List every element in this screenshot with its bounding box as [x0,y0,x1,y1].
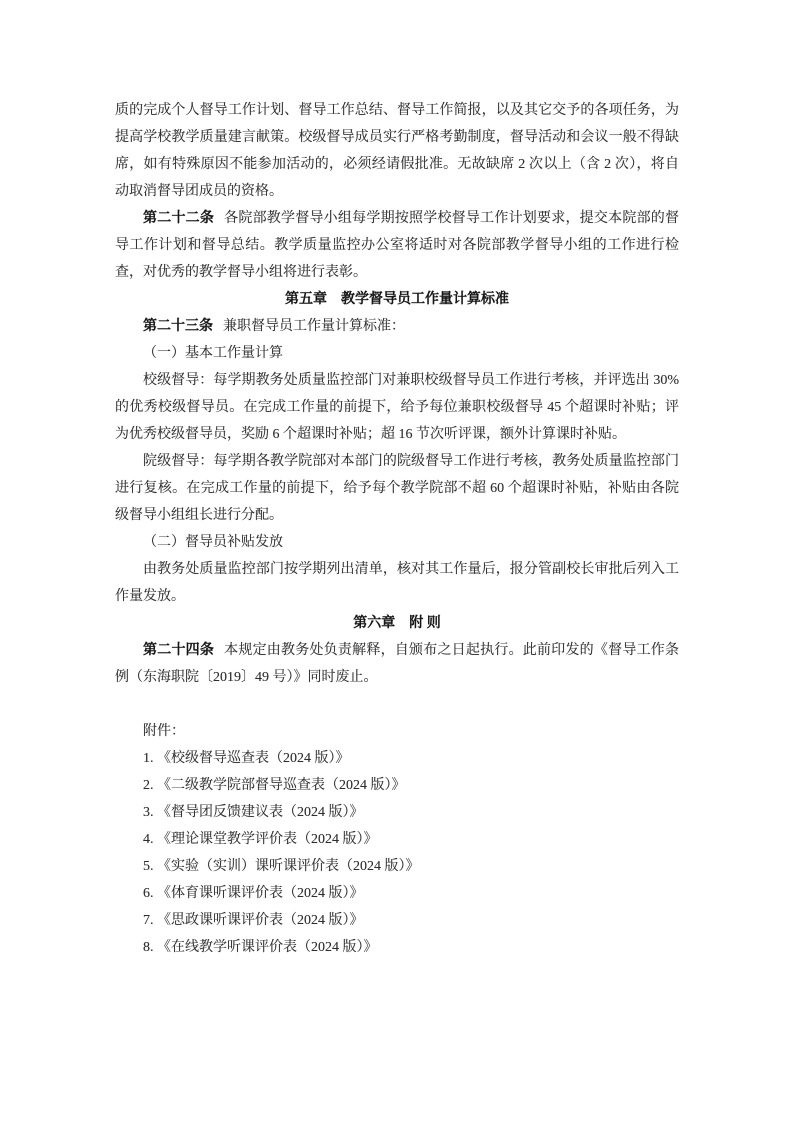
chapter-5-heading: 第五章 教学督导员工作量计算标准 [115,286,679,313]
continuation-paragraph: 质的完成个人督导工作计划、督导工作总结、督导工作简报，以及其它交予的各项任务，为… [115,97,679,205]
subsidy-distribution-paragraph: 由教务处质量监控部门按学期列出清单，核对其工作量后，报分管副校长审批后列入工作量… [115,556,679,610]
attachment-item-8: 8. 《在线教学听课评价表（2024 版）》 [115,934,679,961]
attachment-item-4: 4. 《理论课堂教学评价表（2024 版）》 [115,826,679,853]
article-22-paragraph: 第二十二条各院部教学督导小组每学期按照学校督导工作计划要求，提交本院部的督导工作… [115,205,679,286]
chapter-6-heading: 第六章 附 则 [115,610,679,637]
article-23-paragraph: 第二十三条兼职督导员工作量计算标准： [115,313,679,340]
attachment-item-5: 5. 《实验（实训）课听课评价表（2024 版）》 [115,853,679,880]
attachments-title: 附件： [115,718,679,745]
document-page: 质的完成个人督导工作计划、督导工作总结、督导工作简报，以及其它交予的各项任务，为… [0,0,794,1123]
basic-workload-item-heading: （一）基本工作量计算 [115,340,679,367]
subsidy-item-heading: （二）督导员补贴发放 [115,529,679,556]
blank-line-spacer [115,691,679,718]
college-level-supervisor-paragraph: 院级督导：每学期各教学院部对本部门的院级督导工作进行考核，教务处质量监控部门进行… [115,448,679,529]
article-23-label: 第二十三条 [143,319,213,334]
attachment-item-6: 6. 《体育课听课评价表（2024 版）》 [115,880,679,907]
article-24-label: 第二十四条 [143,643,214,658]
attachment-item-7: 7. 《思政课听课评价表（2024 版）》 [115,907,679,934]
school-level-supervisor-paragraph: 校级督导：每学期教务处质量监控部门对兼职校级督导员工作进行考核，并评选出 30%… [115,367,679,448]
article-22-label: 第二十二条 [143,211,214,226]
document-body: 质的完成个人督导工作计划、督导工作总结、督导工作简报，以及其它交予的各项任务，为… [115,97,679,961]
attachment-item-1: 1. 《校级督导巡查表（2024 版）》 [115,745,679,772]
attachment-item-3: 3. 《督导团反馈建议表（2024 版）》 [115,799,679,826]
attachment-item-2: 2. 《二级教学院部督导巡查表（2024 版）》 [115,772,679,799]
article-24-paragraph: 第二十四条本规定由教务处负责解释，自颁布之日起执行。此前印发的《督导工作条例（东… [115,637,679,691]
article-23-text: 兼职督导员工作量计算标准： [223,319,405,334]
